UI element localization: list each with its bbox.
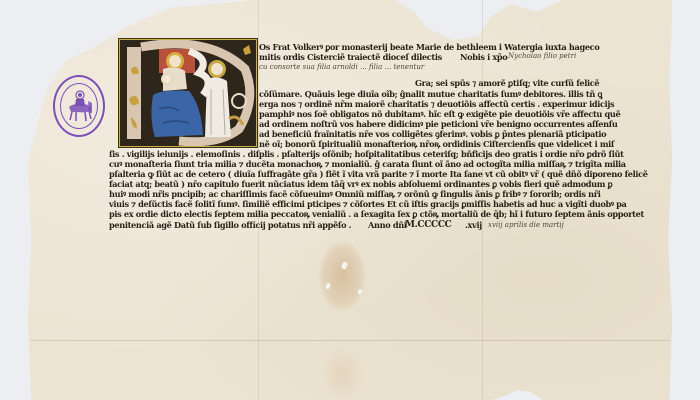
full-width-line: viuis ⁊ deſũctis facẽ ſolitĩ ſumꝰ. ſimil… — [109, 199, 626, 209]
body-line: nẽ oĩ; bonorũ ſpiritualiũ monaſterioꝶ nr… — [259, 139, 614, 149]
body-line: ad ordinem noſtrũ vos habere didicimꝰ pi… — [259, 119, 618, 129]
header-line: Nobis i xp̃o — [460, 52, 507, 62]
handwritten-date: xviij aprilis die martij — [488, 221, 564, 229]
document-text: Os Frat Volkerꝰ ꝑor monasterij beate Mar… — [0, 0, 700, 400]
body-line: pamphiꝰ nos ſoẽ obligatos nõ dubitamꝰ. h… — [259, 109, 620, 119]
header-line: mitis ordis Cisterciẽ traiectẽ dioceſ di… — [259, 52, 442, 62]
date-year: M.CCCCC — [405, 220, 451, 230]
handwritten-names: cu consorte sua filia arnoldi ... filia … — [259, 63, 424, 71]
wax-seal-stain — [318, 240, 366, 312]
full-width-line: cuꝰ monaſteria ſiunt tria milia ⁊ ducẽta… — [109, 159, 626, 169]
body-line: cõſũmare. Quãuis lege diuĩa oĩb; ĝnalit … — [259, 89, 602, 99]
full-width-line: pſalteria ꝙ ſiũt ac de cetero ( diuĩa ſu… — [109, 169, 648, 179]
full-width-line: penitenciã agẽ Datũ ſub ſigillo offícij … — [109, 220, 351, 230]
body-line: ad beneficiũ fraĩnitatis nr̃e vos collig… — [259, 129, 606, 139]
full-width-line: faciat atq; beatũ ) nr̃o capitulo fuerit… — [109, 179, 612, 189]
full-width-line: pis ex ordie dicto electis ſeptem milia … — [109, 209, 644, 219]
full-width-line: ſis . vigilijs ieiunijs . elemoſinis . d… — [109, 149, 624, 159]
full-width-line: huiꝰ modi nr̃is pncipib; ac chariſſimis … — [109, 189, 601, 199]
date-day: .xvij — [465, 220, 482, 230]
handwritten-names: Nycholao filio petri — [508, 52, 576, 60]
header-line: Os Frat Volkerꝰ ꝑor monasterij beate Mar… — [259, 42, 599, 52]
body-line: erga nos ⁊ ordinẽ nr̃m maiorẽ charitatis… — [259, 99, 614, 109]
image-viewer: Os Frat Volkerꝰ ꝑor monasterij beate Mar… — [0, 0, 700, 400]
body-line: Gra; sei spũs ⁊ amorẽ ꝑtiſq; vite curſũ … — [415, 78, 599, 88]
date-label: Anno dñi — [368, 220, 407, 230]
paper-stain — [320, 345, 364, 400]
